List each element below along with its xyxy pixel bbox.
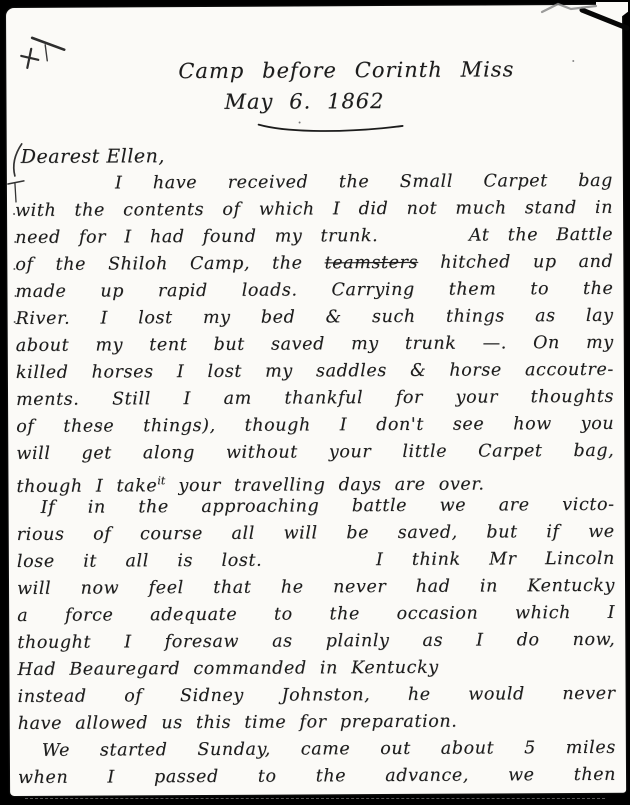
- letter-line: We started Sunday, came out about 5 mile…: [18, 735, 616, 765]
- letter-line: will get along without your little Carpe…: [16, 438, 614, 468]
- letter-line: If in the approaching battle we are vict…: [17, 492, 615, 522]
- letter-line: need for I had found my trunk. At the Ba…: [15, 222, 613, 252]
- inserted-word: it: [157, 474, 165, 487]
- line-text: hitched up and: [418, 252, 613, 273]
- letter-line: of these things), though I don't see how…: [16, 411, 614, 441]
- pencil-check-marks: [18, 28, 78, 76]
- letter-line: killed horses I lost my saddles & horse …: [16, 357, 614, 387]
- letter-line: with the contents of which I did not muc…: [15, 195, 613, 225]
- letter-heading: Camp before Corinth Miss May 6. 1862: [178, 57, 518, 114]
- top-edge-scan-artifact: [540, 0, 606, 16]
- letter-line: I have received the Small Carpet bag: [15, 168, 613, 198]
- letter-line: Had Beauregard commanded in Kentucky: [17, 654, 615, 684]
- letter-line: a force adequate to the occasion which I: [17, 600, 615, 630]
- salutation: Dearest Ellen,: [21, 145, 165, 168]
- letter-body: I have received the Small Carpet bag wit…: [15, 168, 616, 792]
- letter-line: have allowed us this time for preparatio…: [18, 708, 616, 738]
- date-underline-flourish: [257, 120, 407, 135]
- scan-speckles: [13, 213, 15, 215]
- letter-line: of the Shiloh Camp, the teamsters hitche…: [15, 249, 613, 279]
- letter-line: will now feel that he never had in Kentu…: [17, 573, 615, 603]
- letter-line: when I passed to the advance, we then: [18, 762, 616, 792]
- letter-line: thought I foresaw as plainly as I do now…: [17, 627, 615, 657]
- letter-line: River. I lost my bed & such things as la…: [16, 303, 614, 333]
- struck-word: teamsters: [325, 253, 419, 273]
- letter-line: lose it all is lost. I think Mr Lincoln: [17, 546, 615, 576]
- line-text: of the Shiloh Camp, the: [15, 253, 324, 275]
- letter-line: made up rapid loads. Carrying them to th…: [15, 276, 613, 306]
- letter-line: rious of course all will be saved, but i…: [17, 519, 615, 549]
- letter-line: instead of Sidney Johnston, he would nev…: [18, 681, 616, 711]
- scan-background: Camp before Corinth Miss May 6. 1862 Dea…: [0, 0, 630, 805]
- letter-line: about my tent but saved my trunk —. On m…: [16, 330, 614, 360]
- heading-date-line: May 6. 1862: [224, 89, 384, 114]
- letter-line: though I takeit your travelling days are…: [16, 465, 614, 495]
- bottom-edge-scan-artifact: [25, 798, 605, 799]
- heading-place-line: Camp before Corinth Miss: [178, 57, 514, 83]
- letter-line: ments. Still I am thankful for your thou…: [16, 384, 614, 414]
- paper-sheet: Camp before Corinth Miss May 6. 1862 Dea…: [6, 5, 626, 796]
